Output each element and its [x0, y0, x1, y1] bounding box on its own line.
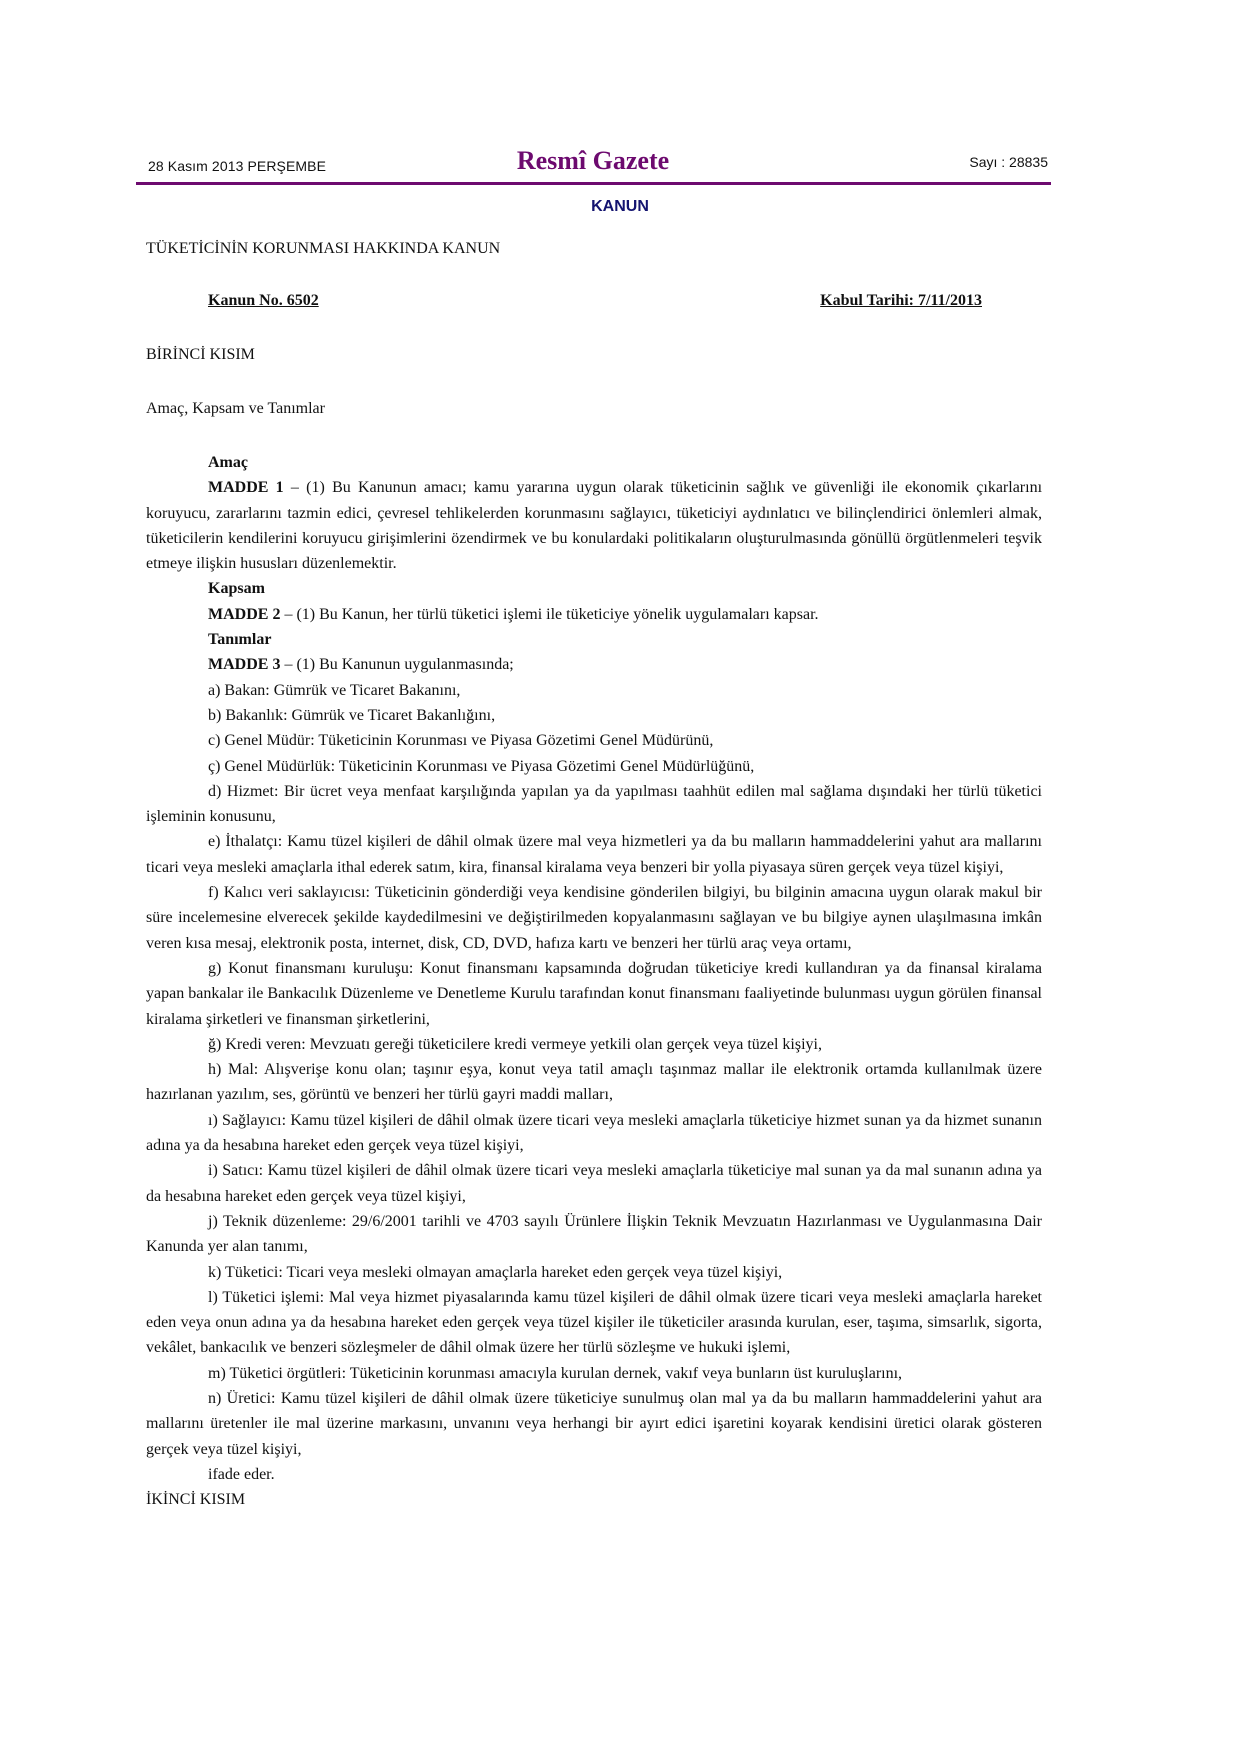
- definition-item: c) Genel Müdür: Tüketicinin Korunması ve…: [146, 728, 1042, 753]
- issue-number: Sayı : 28835: [969, 154, 1048, 170]
- definition-item: m) Tüketici örgütleri: Tüketicinin korun…: [146, 1361, 1042, 1386]
- definition-item: ç) Genel Müdürlük: Tüketicinin Korunması…: [146, 754, 1042, 779]
- law-title: TÜKETİCİNİN KORUNMASI HAKKINDA KANUN: [146, 240, 500, 258]
- definition-item: a) Bakan: Gümrük ve Ticaret Bakanını,: [146, 678, 1042, 703]
- page-header: 28 Kasım 2013 PERŞEMBE Resmî Gazete Sayı…: [136, 146, 1050, 182]
- definition-item: g) Konut finansmanı kuruluşu: Konut fina…: [146, 956, 1042, 1032]
- definition-item: ğ) Kredi veren: Mevzuatı gereği tüketici…: [146, 1032, 1042, 1057]
- definition-item: b) Bakanlık: Gümrük ve Ticaret Bakanlığı…: [146, 703, 1042, 728]
- section-type-label: KANUN: [0, 198, 1240, 216]
- publication-title: Resmî Gazete: [136, 146, 1050, 176]
- article-paragraph: MADDE 1 – (1) Bu Kanunun amacı; kamu yar…: [146, 475, 1042, 576]
- closing-phrase: ifade eder.: [146, 1462, 1042, 1487]
- definition-item: e) İthalatçı: Kamu tüzel kişileri de dâh…: [146, 829, 1042, 880]
- article-heading: Kapsam: [146, 576, 1042, 601]
- part-heading: BİRİNCİ KISIM: [146, 346, 255, 364]
- definition-item: n) Üretici: Kamu tüzel kişileri de dâhil…: [146, 1386, 1042, 1462]
- definition-item: d) Hizmet: Bir ücret veya menfaat karşıl…: [146, 779, 1042, 830]
- definition-item: h) Mal: Alışverişe konu olan; taşınır eş…: [146, 1057, 1042, 1108]
- article-label: MADDE 2: [208, 606, 280, 623]
- definition-item: f) Kalıcı veri saklayıcısı: Tüketicinin …: [146, 880, 1042, 956]
- article-heading: Tanımlar: [146, 627, 1042, 652]
- definition-item: k) Tüketici: Ticari veya mesleki olmayan…: [146, 1260, 1042, 1285]
- article-label: MADDE 1: [208, 479, 284, 496]
- definition-item: j) Teknik düzenleme: 29/6/2001 tarihli v…: [146, 1209, 1042, 1260]
- definition-item: ı) Sağlayıcı: Kamu tüzel kişileri de dâh…: [146, 1108, 1042, 1159]
- article-paragraph: MADDE 2 – (1) Bu Kanun, her türlü tüketi…: [146, 602, 1042, 627]
- article-label: MADDE 3: [208, 656, 280, 673]
- definition-item: i) Satıcı: Kamu tüzel kişileri de dâhil …: [146, 1158, 1042, 1209]
- definition-item: l) Tüketici işlemi: Mal veya hizmet piya…: [146, 1285, 1042, 1361]
- part-heading: İKİNCİ KISIM: [146, 1487, 1042, 1512]
- article-text: – (1) Bu Kanunun uygulanmasında;: [280, 656, 513, 673]
- header-divider: [136, 182, 1051, 185]
- chapter-heading: Amaç, Kapsam ve Tanımlar: [146, 400, 325, 418]
- article-text: – (1) Bu Kanun, her türlü tüketici işlem…: [280, 606, 818, 623]
- article-paragraph: MADDE 3 – (1) Bu Kanunun uygulanmasında;: [146, 652, 1042, 677]
- law-acceptance-date: Kabul Tarihi: 7/11/2013: [820, 292, 982, 310]
- gazette-page: 28 Kasım 2013 PERŞEMBE Resmî Gazete Sayı…: [0, 0, 1240, 1754]
- articles: Amaç MADDE 1 – (1) Bu Kanunun amacı; kam…: [146, 450, 1042, 1512]
- law-number: Kanun No. 6502: [208, 292, 319, 310]
- article-heading: Amaç: [146, 450, 1042, 475]
